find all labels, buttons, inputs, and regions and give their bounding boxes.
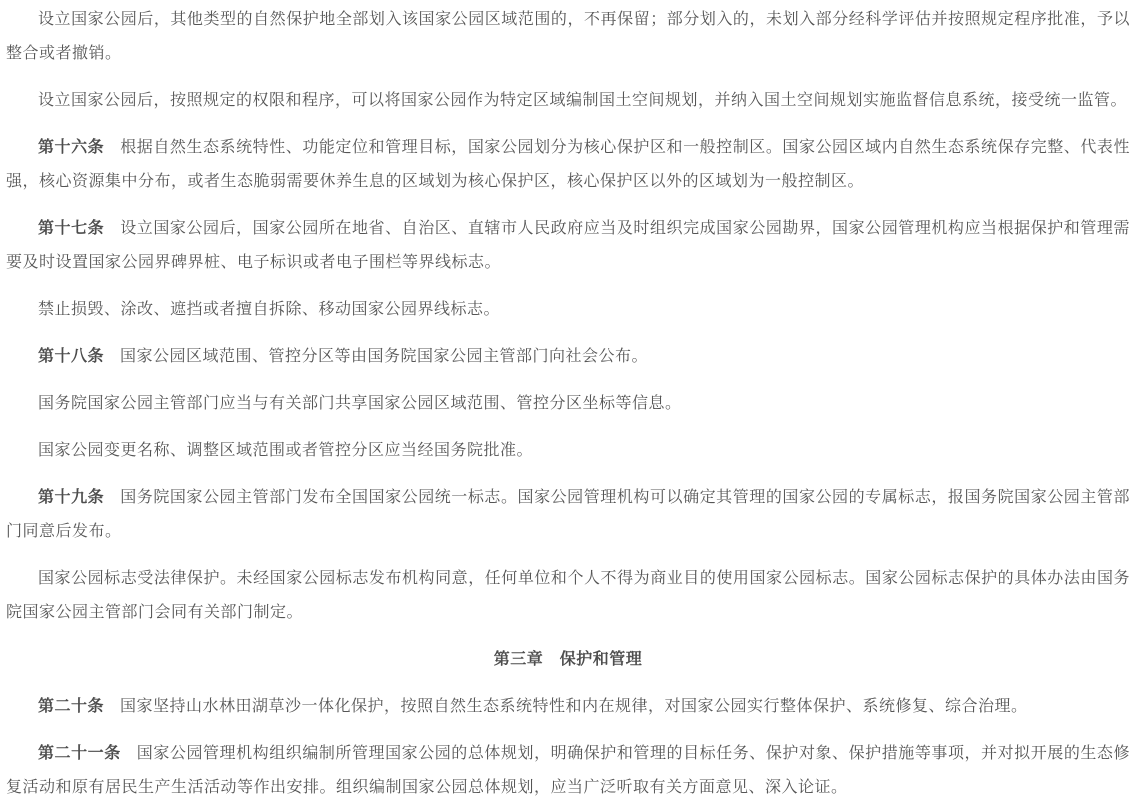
article-paragraph: 第二十条国家坚持山水林田湖草沙一体化保护，按照自然生态系统特性和内在规律，对国家… [6, 690, 1130, 724]
chapter-heading: 第三章 保护和管理 [6, 643, 1130, 677]
article-number: 第十六条 [38, 139, 104, 156]
paragraph-text: 禁止损毁、涂改、遮挡或者擅自拆除、移动国家公园界线标志。 [38, 301, 500, 318]
paragraph-text: 国家公园变更名称、调整区域范围或者管控分区应当经国务院批准。 [38, 442, 533, 459]
paragraph-text: 国家公园标志受法律保护。未经国家公园标志发布机构同意，任何单位和个人不得为商业目… [6, 570, 1130, 621]
paragraph-text: 国家公园区域范围、管控分区等由国务院国家公园主管部门向社会公布。 [120, 348, 648, 365]
article-number: 第十九条 [38, 489, 104, 506]
body-paragraph: 国家公园标志受法律保护。未经国家公园标志发布机构同意，任何单位和个人不得为商业目… [6, 562, 1130, 630]
paragraph-text: 设立国家公园后，按照规定的权限和程序，可以将国家公园作为特定区域编制国土空间规划… [38, 92, 1127, 109]
paragraph-text: 国家坚持山水林田湖草沙一体化保护，按照自然生态系统特性和内在规律，对国家公园实行… [120, 698, 1028, 715]
paragraph-text: 国家公园管理机构组织编制所管理国家公园的总体规划，明确保护和管理的目标任务、保护… [6, 745, 1130, 796]
body-paragraph: 国家公园变更名称、调整区域范围或者管控分区应当经国务院批准。 [6, 434, 1130, 468]
article-paragraph: 第十七条设立国家公园后，国家公园所在地省、自治区、直辖市人民政府应当及时组织完成… [6, 212, 1130, 280]
paragraph-text: 设立国家公园后，其他类型的自然保护地全部划入该国家公园区域范围的，不再保留；部分… [6, 11, 1130, 62]
paragraph-text: 国务院国家公园主管部门发布全国国家公园统一标志。国家公园管理机构可以确定其管理的… [6, 489, 1130, 540]
legal-document-body: 设立国家公园后，其他类型的自然保护地全部划入该国家公园区域范围的，不再保留；部分… [0, 0, 1136, 805]
article-paragraph: 第十九条国务院国家公园主管部门发布全国国家公园统一标志。国家公园管理机构可以确定… [6, 481, 1130, 549]
body-paragraph: 国务院国家公园主管部门应当与有关部门共享国家公园区域范围、管控分区坐标等信息。 [6, 387, 1130, 421]
chapter-heading-text: 第三章 保护和管理 [494, 651, 643, 668]
paragraph-text: 根据自然生态系统特性、功能定位和管理目标，国家公园划分为核心保护区和一般控制区。… [6, 139, 1130, 190]
article-paragraph: 第十八条国家公园区域范围、管控分区等由国务院国家公园主管部门向社会公布。 [6, 340, 1130, 374]
article-number: 第二十一条 [38, 745, 121, 762]
article-number: 第二十条 [38, 698, 104, 715]
article-paragraph: 第二十一条国家公园管理机构组织编制所管理国家公园的总体规划，明确保护和管理的目标… [6, 737, 1130, 805]
body-paragraph: 设立国家公园后，按照规定的权限和程序，可以将国家公园作为特定区域编制国土空间规划… [6, 84, 1130, 118]
article-number: 第十八条 [38, 348, 104, 365]
paragraph-text: 国务院国家公园主管部门应当与有关部门共享国家公园区域范围、管控分区坐标等信息。 [38, 395, 682, 412]
article-number: 第十七条 [38, 220, 104, 237]
paragraph-text: 设立国家公园后，国家公园所在地省、自治区、直辖市人民政府应当及时组织完成国家公园… [6, 220, 1130, 271]
body-paragraph: 禁止损毁、涂改、遮挡或者擅自拆除、移动国家公园界线标志。 [6, 293, 1130, 327]
body-paragraph: 设立国家公园后，其他类型的自然保护地全部划入该国家公园区域范围的，不再保留；部分… [6, 3, 1130, 71]
article-paragraph: 第十六条根据自然生态系统特性、功能定位和管理目标，国家公园划分为核心保护区和一般… [6, 131, 1130, 199]
